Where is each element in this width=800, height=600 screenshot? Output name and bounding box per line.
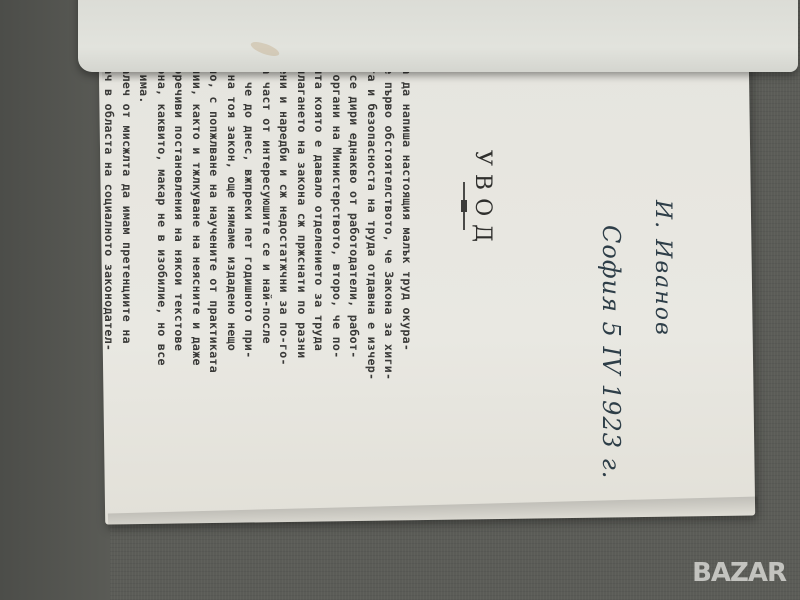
text-line: и има.	[135, 60, 153, 500]
text-line: ее първо обстоятелството, че Закона за х…	[380, 60, 398, 500]
text-line: жени и наредби и сж недостатжчни за по-г…	[275, 60, 293, 500]
handwritten-name: И. Иванов	[650, 200, 675, 337]
text-line: 1, че до днес, вжпреки пет годишното при…	[240, 60, 258, 500]
title-divider-ornament	[461, 200, 467, 212]
handwritten-date: София 5 IV 1923 г.	[597, 225, 625, 479]
text-line: За да напиша настоящия малък труд окура-	[398, 60, 416, 500]
chapter-title: УВОД	[470, 150, 495, 250]
folded-page-flap	[78, 0, 798, 72]
body-text: За да напиша настоящия малък труд окура-…	[100, 60, 415, 500]
text-line: та част от интересуюшите се и най-после	[258, 60, 276, 500]
text-line: 1 се дири еднакво от работодатели, работ…	[345, 60, 363, 500]
text-line: тно, с попжлване на научените от практик…	[205, 60, 223, 500]
text-line: ьилагането на закона сж пржснати по разн…	[293, 60, 311, 500]
text-line: и органи на Министерството, второ, че по…	[328, 60, 346, 500]
bazar-watermark: BAZAR	[692, 558, 786, 588]
text-line: ении, както и тжлкуване на неясните и да…	[188, 60, 206, 500]
text-line: е на тоя закон, още нямаме издадено нещо	[223, 60, 241, 500]
text-line: ата и безопасноста на труда отдавна е из…	[363, 60, 381, 500]
text-line: кона, каквито, макар не в изобилие, но в…	[153, 60, 171, 500]
text-line: мята която е давало отделението за труда	[310, 60, 328, 500]
text-line: Далеч от мисжлта да имам претенциите на	[118, 60, 136, 500]
text-line: воречиви постановления на някои текстове	[170, 60, 188, 500]
text-line: вач в областа на социалното законодател-	[100, 60, 118, 500]
fabric-background	[0, 0, 110, 600]
